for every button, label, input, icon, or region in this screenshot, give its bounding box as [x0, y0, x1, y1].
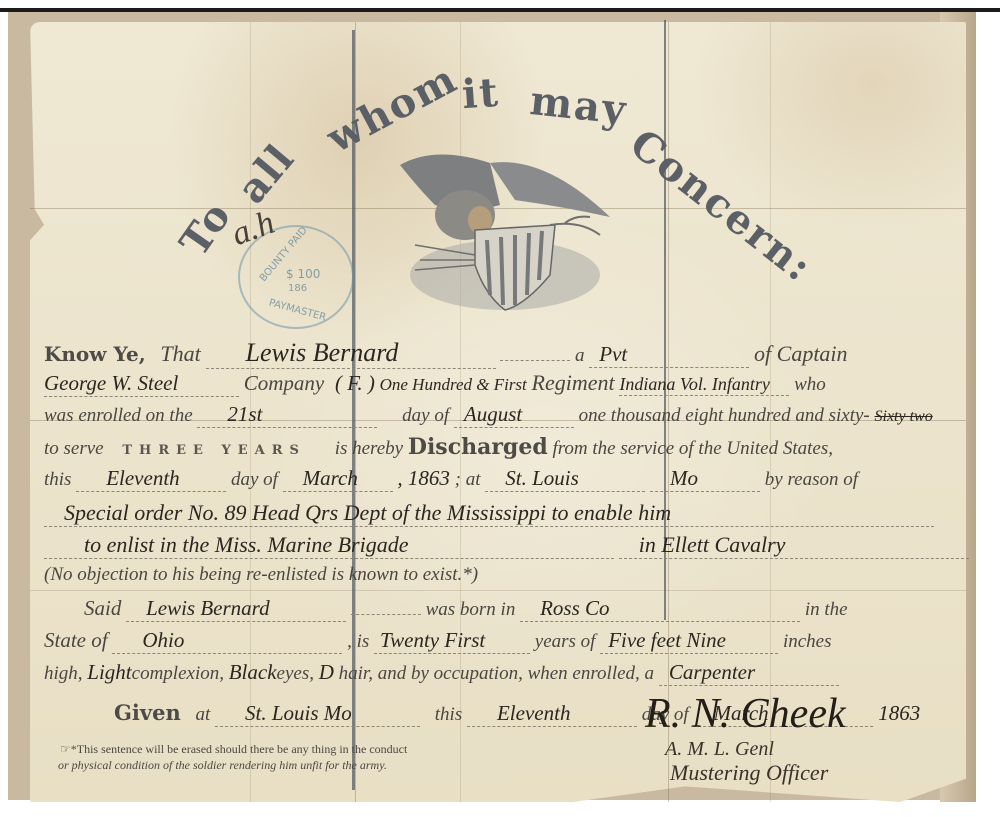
label-said: Said	[84, 596, 121, 620]
given-heading: Given	[114, 700, 181, 725]
enrollment-month: August	[454, 402, 574, 428]
discharged-heading: Discharged	[408, 434, 548, 460]
label-at: ; at	[455, 469, 481, 490]
know-ye-heading: Know Ye,	[44, 342, 146, 366]
label-high: high,	[44, 663, 83, 684]
line-know-ye: Know Ye, That Lewis Bernard a Pvt of Cap…	[44, 338, 960, 369]
line-state-age: State of Ohio , is Twenty First years of…	[44, 628, 960, 654]
label-this: this	[435, 704, 462, 725]
birth-state: Ohio	[112, 628, 342, 654]
discharge-state: Mo	[650, 466, 760, 492]
enrollment-year: Sixty two	[875, 408, 933, 425]
scan-top-edge	[0, 8, 1000, 12]
officer-signature: R. N. Cheek	[645, 690, 846, 738]
label-enrolled: was enrolled on the	[44, 405, 193, 426]
label-years-of: years of	[535, 631, 596, 652]
officer-title-2: Mustering Officer	[670, 760, 828, 786]
soldier-name-repeat: Lewis Bernard	[126, 596, 346, 622]
label-from-service: from the service of the United States,	[552, 438, 833, 459]
label-to-serve: to serve	[44, 438, 104, 459]
line-company: George W. Steel Company ( F. ) One Hundr…	[44, 370, 960, 397]
stamp-bottom-text: PAYMASTER	[268, 298, 328, 324]
label-year-prefix: one thousand eight hundred and sixty-	[579, 405, 870, 426]
company-letter: ( F. )	[335, 371, 375, 395]
label-who: who	[794, 374, 826, 395]
birth-county: Ross Co	[520, 596, 800, 622]
label-hair-occupation: hair, and by occupation, when enrolled, …	[339, 663, 654, 684]
soldier-rank: Pvt	[589, 342, 749, 368]
given-place: St. Louis Mo	[215, 701, 420, 727]
given-year: 1863	[878, 701, 920, 725]
discharge-place: St. Louis	[485, 466, 645, 492]
given-day: Eleventh	[467, 701, 637, 727]
title-word: may	[528, 77, 630, 134]
label-is-hereby: is hereby	[335, 438, 403, 459]
captain-name: George W. Steel	[44, 371, 239, 397]
label-this: this	[44, 469, 71, 490]
line-reason: Special order No. 89 Head Qrs Dept of th…	[44, 500, 960, 527]
footnote-line-1: ☞*This sentence will be erased should th…	[60, 742, 407, 757]
line-objection: (No objection to his being re-enlisted i…	[44, 564, 960, 586]
term-of-service: THREE YEARS	[122, 443, 306, 458]
discharge-reason-continued: to enlist in the Miss. Marine Brigade	[44, 532, 614, 559]
label-regiment: Regiment	[532, 370, 615, 395]
soldier-height: Five feet Nine	[600, 628, 778, 654]
fold-line	[30, 590, 966, 591]
discharge-month: March	[283, 466, 393, 492]
label-at: at	[196, 704, 211, 725]
tear-line	[664, 20, 666, 620]
line-enrolled: was enrolled on the 21st day of August o…	[44, 402, 960, 428]
label-company: Company	[244, 371, 325, 395]
complexion-value: Light	[87, 660, 131, 684]
discharge-year: , 1863	[397, 466, 450, 490]
line-discharge-date: this Eleventh day of March , 1863 ; at S…	[44, 466, 960, 492]
label-born-in: was born in	[426, 599, 516, 620]
label-complexion: complexion,	[132, 663, 224, 684]
regiment-name: Indiana Vol. Infantry	[619, 374, 789, 396]
enrollment-day: 21st	[197, 402, 377, 428]
eagle-shield-icon	[395, 145, 615, 320]
discharge-reason: Special order No. 89 Head Qrs Dept of th…	[44, 500, 934, 527]
label-is: , is	[347, 631, 369, 652]
footnote-line-2: or physical condition of the soldier ren…	[58, 758, 387, 773]
label-of-captain: of Captain	[754, 341, 848, 366]
line-birthplace: Said Lewis Bernard was born in Ross Co i…	[44, 596, 960, 622]
label-that: That	[160, 341, 200, 366]
officer-title-1: A. M. L. Genl	[665, 738, 774, 761]
label-day-of: day of	[402, 405, 449, 426]
soldier-age: Twenty First	[374, 628, 530, 654]
label-day-of: day of	[231, 469, 278, 490]
eye-color: Black	[229, 660, 277, 684]
label-eyes: eyes,	[277, 663, 314, 684]
label-by-reason: by reason of	[765, 469, 858, 490]
line-reason-cont: to enlist in the Miss. Marine Brigade in…	[44, 532, 960, 559]
stamp-amount: $ 100	[286, 267, 320, 281]
label-state-of: State of	[44, 628, 108, 652]
label-in-the: in the	[805, 599, 848, 620]
discharge-reason-end: in Ellett Cavalry	[619, 532, 969, 559]
soldier-name: Lewis Bernard	[206, 338, 496, 369]
discharge-day: Eleventh	[76, 466, 226, 492]
regiment-number: One Hundred & First	[380, 375, 527, 394]
line-description: high, Lightcomplexion, Blackeyes, D hair…	[44, 660, 960, 686]
hair-color: D	[319, 660, 334, 684]
objection-clause: (No objection to his being re-enlisted i…	[44, 564, 478, 585]
label-inches: inches	[783, 631, 832, 652]
occupation: Carpenter	[659, 660, 839, 686]
line-discharged: to serve THREE YEARS is hereby Discharge…	[44, 434, 960, 460]
title-word: it	[460, 69, 501, 119]
stamp-year: 186	[288, 283, 307, 294]
label-a: a	[575, 345, 585, 366]
